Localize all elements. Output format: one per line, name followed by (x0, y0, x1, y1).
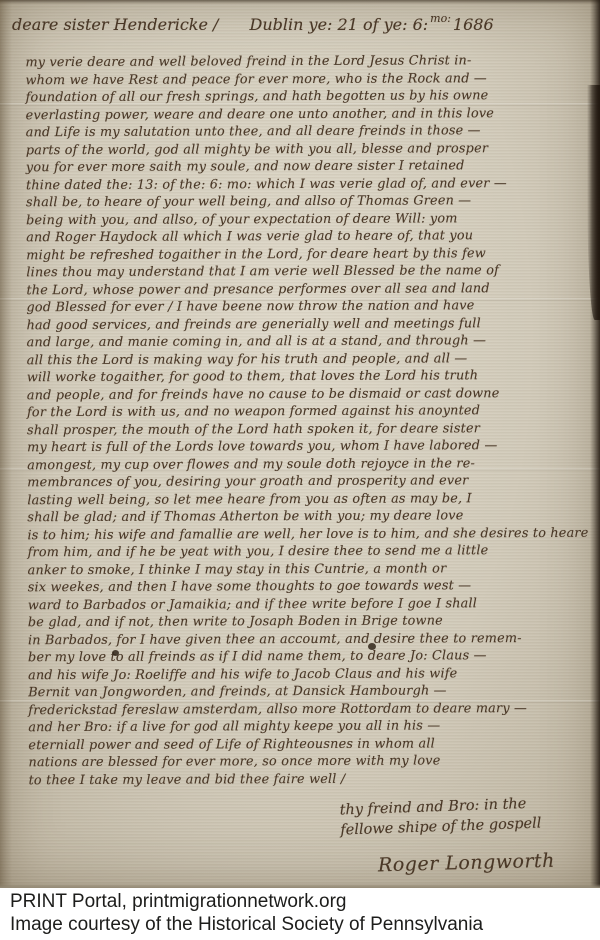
closing-block: thy freind and Bro: in the fellowe shipe… (339, 794, 541, 841)
caption-bar: PRINT Portal, printmigrationnetwork.org … (0, 888, 600, 940)
torn-edge-notch (587, 85, 600, 320)
manuscript-paper: deare sister Hendericke / Dublin ye: 21 … (0, 0, 600, 888)
ink-blot (112, 650, 119, 656)
scan-root: deare sister Hendericke / Dublin ye: 21 … (0, 0, 600, 940)
letter-body: my verie deare and well beloved freind i… (25, 52, 589, 789)
paper-edge-left (0, 0, 12, 888)
manuscript-line: thine dated the: 13: of the: 6: mo: whic… (26, 174, 587, 194)
ink-blot (368, 643, 376, 650)
manuscript-line: frederickstad fereslaw amsterdam, allso … (28, 699, 589, 719)
caption-line-1: PRINT Portal, printmigrationnetwork.org (10, 891, 347, 913)
signature: Roger Longworth (378, 850, 555, 877)
paper-edge-top (0, 0, 600, 4)
letter-salutation: deare sister Hendericke / (12, 15, 218, 34)
manuscript-line: in Barbados, for I have given thee an ac… (28, 629, 589, 649)
month-superscript: mo: (430, 12, 451, 25)
letter-dateline: Dublin ye: 21 of ye: 6:mo:1686 (250, 15, 494, 34)
manuscript-line: is to him; his wife and famallie are wel… (27, 524, 588, 544)
caption-line-2: Image courtesy of the Historical Society… (10, 914, 483, 936)
letter-header: deare sister Hendericke / Dublin ye: 21 … (12, 15, 584, 34)
manuscript-line: to thee I take my leave and bid thee fai… (29, 769, 590, 789)
